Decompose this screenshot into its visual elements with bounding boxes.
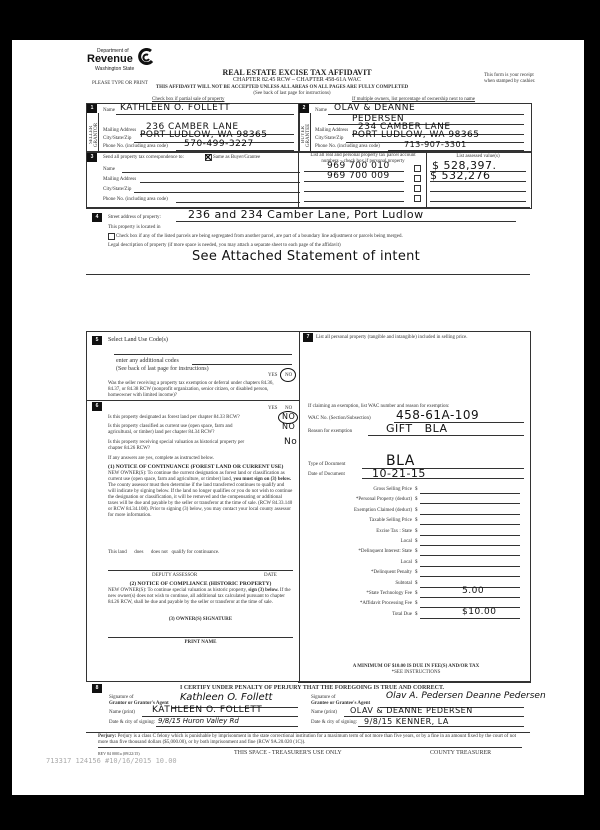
grantor-date-label: Date & city of signing: [109,720,155,726]
parcel-number-1[interactable]: 969 700 010 [327,161,390,171]
personal-property-checkbox-3[interactable] [414,185,421,192]
exemption-question: Was the seller receiving a property tax … [108,381,278,399]
affidavit-page: Department of Revenue Washington State P… [12,40,584,795]
section-6-yes-label: YES [268,406,277,412]
grantor-name-label: Name (print) [109,710,135,716]
see-instructions-note: *SEE INSTRUCTIONS [308,670,524,676]
exemption-no-circle[interactable] [280,368,296,382]
perjury-text: Perjury is a class C felony which is pun… [98,734,516,745]
buyer-grantee-label: BUYER GRANTEE [301,120,309,150]
fee-label: Excise Tax : State [308,529,412,535]
grantee-name-label: Name (print) [311,710,337,716]
dor-swirl-icon [137,48,155,66]
fee-label: Local [308,560,412,566]
dollar-sign: $ [415,487,418,493]
dollar-sign: $ [415,570,418,576]
notice2-bold: sign (3) below. [248,588,278,593]
send-correspondence-label: Send all property tax correspondence to: [103,155,184,161]
dollar-sign: $ [415,601,418,607]
dor-logo: Department of Revenue Washington State [87,48,157,80]
personal-property-checkbox-1[interactable] [414,165,421,172]
grantee-signature-field[interactable]: Olav A. Pedersen Deanne Pedersen [386,691,546,701]
agency-name: Revenue [87,53,133,65]
checkmark-x-icon [205,154,211,160]
buyer-name-label: Name [315,108,327,114]
fee-value[interactable]: 5.00 [462,586,484,596]
notice1-bold: you must sign on (3) below. [233,477,291,482]
section-7-badge: 7 [303,333,313,342]
form-chapter: CHAPTER 82.45 RCW – CHAPTER 458-61A WAC [192,77,402,83]
current-use-question: Is this property classified as current u… [108,424,258,436]
corr-city-label: City/State/Zip [103,187,131,193]
buyer-phone-field[interactable]: 713-907-3301 [404,140,467,149]
grantor-date-field[interactable]: 9/8/15 Huron Valley Rd [158,717,239,725]
assessor-date-label: DATE [264,573,277,579]
dollar-sign: $ [415,560,418,566]
located-in-label: This property is located in [108,225,161,231]
corr-mailing-label: Mailing Address [103,177,136,183]
buyer-mailing-label: Mailing Address [315,128,348,134]
same-as-buyer-label: Same as Buyer/Grantee [213,155,260,161]
qualify-continuance-line: This land does does not qualify for cont… [108,550,219,556]
additional-codes-label: enter any additional codes [116,358,179,365]
buyer-city-label: City/State/Zip [315,136,343,142]
section-5-badge: 5 [92,336,102,345]
dollar-sign: $ [415,508,418,514]
dollar-sign: $ [415,497,418,503]
dollar-sign: $ [415,612,418,618]
land-use-instructions: (See back of last page for instructions) [116,366,209,373]
notice-continuance-title: (1) NOTICE OF CONTINUANCE (FOREST LAND O… [108,464,283,470]
form-revision: REV 84 0001a (09/22/15) [98,751,140,756]
section-6-badge: 6 [92,402,102,411]
fee-label: Gross Selling Price [308,487,412,493]
same-as-buyer-checkbox[interactable] [205,154,212,161]
section-3-badge: 3 [87,153,97,162]
wac-number-label: WAC No. (Section/Subsection) [308,416,371,422]
grantee-date-field[interactable]: 9/8/15 KENNER, LA [364,717,449,726]
fee-label: *Affidavit Processing Fee [308,601,412,607]
treasurer-use-label: THIS SPACE - TREASURER'S USE ONLY [234,750,342,757]
seller-mailing-label: Mailing Address [103,128,136,134]
fee-label: *Delinquent Interest: State [308,549,412,555]
dollar-sign: $ [415,581,418,587]
agency-state: Washington State [95,66,134,72]
seller-name-label: Name [103,108,115,114]
notice-compliance-title: (2) NOTICE OF COMPLIANCE (HISTORIC PROPE… [108,581,293,587]
seller-phone-label: Phone No. (including area code) [103,144,168,150]
seller-phone-field[interactable]: 570-499-3227 [184,139,254,149]
deputy-assessor-label: DEPUTY ASSESSOR [152,573,197,579]
if-yes-note: If any answers are yes, complete as inst… [108,456,214,462]
section-2-badge: 2 [299,104,309,113]
dollar-sign: $ [415,539,418,545]
historic-answer[interactable]: No [284,437,297,447]
fee-label: Local [308,539,412,545]
segregated-parcel-checkbox[interactable] [108,233,115,240]
parcel-number-2[interactable]: 969 700 009 [327,171,390,181]
document-type-label: Type of Document [308,462,345,468]
fee-label: Subtotal [308,581,412,587]
perjury-bold: Perjury: [98,734,116,739]
grantor-signature-field[interactable]: Kathleen O. Follett [180,692,272,703]
notice-continuance-body: NEW OWNER(S): To continue the current de… [108,471,293,519]
notice-compliance-body: NEW OWNER(S): To continue special valuat… [108,588,293,606]
notice2-text-a: NEW OWNER(S): To continue special valuat… [108,588,247,593]
segregated-label: Check box if any of the listed parcels a… [116,234,403,240]
fee-label: *Personal Property (deduct) [308,497,412,503]
document-date-field[interactable]: 10-21-15 [372,467,426,480]
buyer-phone-label: Phone No. (including area code) [315,144,380,150]
receipt-note-2: when stamped by cashier. [484,79,535,85]
fee-label: Taxable Selling Price [308,518,412,524]
document-date-label: Date of Document [308,472,345,478]
grantee-date-label: Date & city of signing: [311,720,357,726]
exemption-reason-label: Reason for exemption [308,429,352,435]
corr-phone-label: Phone No. (including area code) [103,197,168,203]
legal-description-field[interactable]: See Attached Statement of intent [192,249,420,264]
wac-number-field[interactable]: 458-61A-109 [396,408,479,422]
perjury-notice: Perjury: Perjury is a class C felony whi… [98,734,522,746]
seller-grantor-label: SELLER GRANTOR [89,120,97,150]
dollar-sign: $ [415,529,418,535]
grantor-name-field[interactable]: KATHLEEN O. FOLLETT [152,705,262,715]
grantee-name-field[interactable]: OLAV & DEANNE PEDERSEN [350,706,473,715]
dollar-sign: $ [415,518,418,524]
personal-property-checkbox-2[interactable] [414,175,421,182]
seller-city-label: City/State/Zip [103,136,131,142]
form-title: REAL ESTATE EXCISE TAX AFFIDAVIT [192,68,402,77]
section-5-yes-label: YES [268,373,277,379]
section-1-badge: 1 [87,104,97,113]
street-address-label: Street address of property: [108,215,161,221]
corr-name-label: Name [103,167,115,173]
forest-land-question: Is this property designated as forest la… [108,415,240,421]
historic-question: Is this property receiving special valua… [108,440,258,452]
exemption-reason-field[interactable]: GIFT BLA [386,422,448,435]
notice1-text-b: The county assessor must then determine … [108,483,292,518]
cashier-stamp: 713317 124156 #10/16/2015 10.00 [46,757,177,765]
seller-name-field[interactable]: KATHLEEN O. FOLLETT [120,103,230,113]
section-8-badge: 8 [92,684,102,693]
land-use-label: Select Land Use Code(s) [108,337,168,343]
fee-value[interactable]: $10.00 [462,607,497,617]
fee-label: *State Technology Fee [308,591,412,597]
print-name-label: PRINT NAME [108,640,293,646]
buyer-name-field[interactable]: OLAV & DEANNE [334,103,415,113]
street-address-field[interactable]: 236 and 234 Camber Lane, Port Ludlow [188,208,424,221]
personal-property-checkbox-4[interactable] [414,195,421,202]
county-treasurer-label: COUNTY TREASURER [430,750,491,757]
personal-property-label: List all personal property (tangible and… [316,335,516,341]
dollar-sign: $ [415,549,418,555]
owner-signature-label: (3) OWNER(S) SIGNATURE [108,617,293,623]
fee-label: Total Due [308,612,412,618]
assessed-value-2[interactable]: $ 532,276 [430,169,490,182]
fee-label: *Delinquent Penalty [308,570,412,576]
fee-label: Exemption Claimed (deduct) [308,508,412,514]
buyer-city-field[interactable]: PORT LUDLOW, WA 98365 [352,130,480,140]
dollar-sign: $ [415,591,418,597]
section-4-badge: 4 [92,213,102,222]
